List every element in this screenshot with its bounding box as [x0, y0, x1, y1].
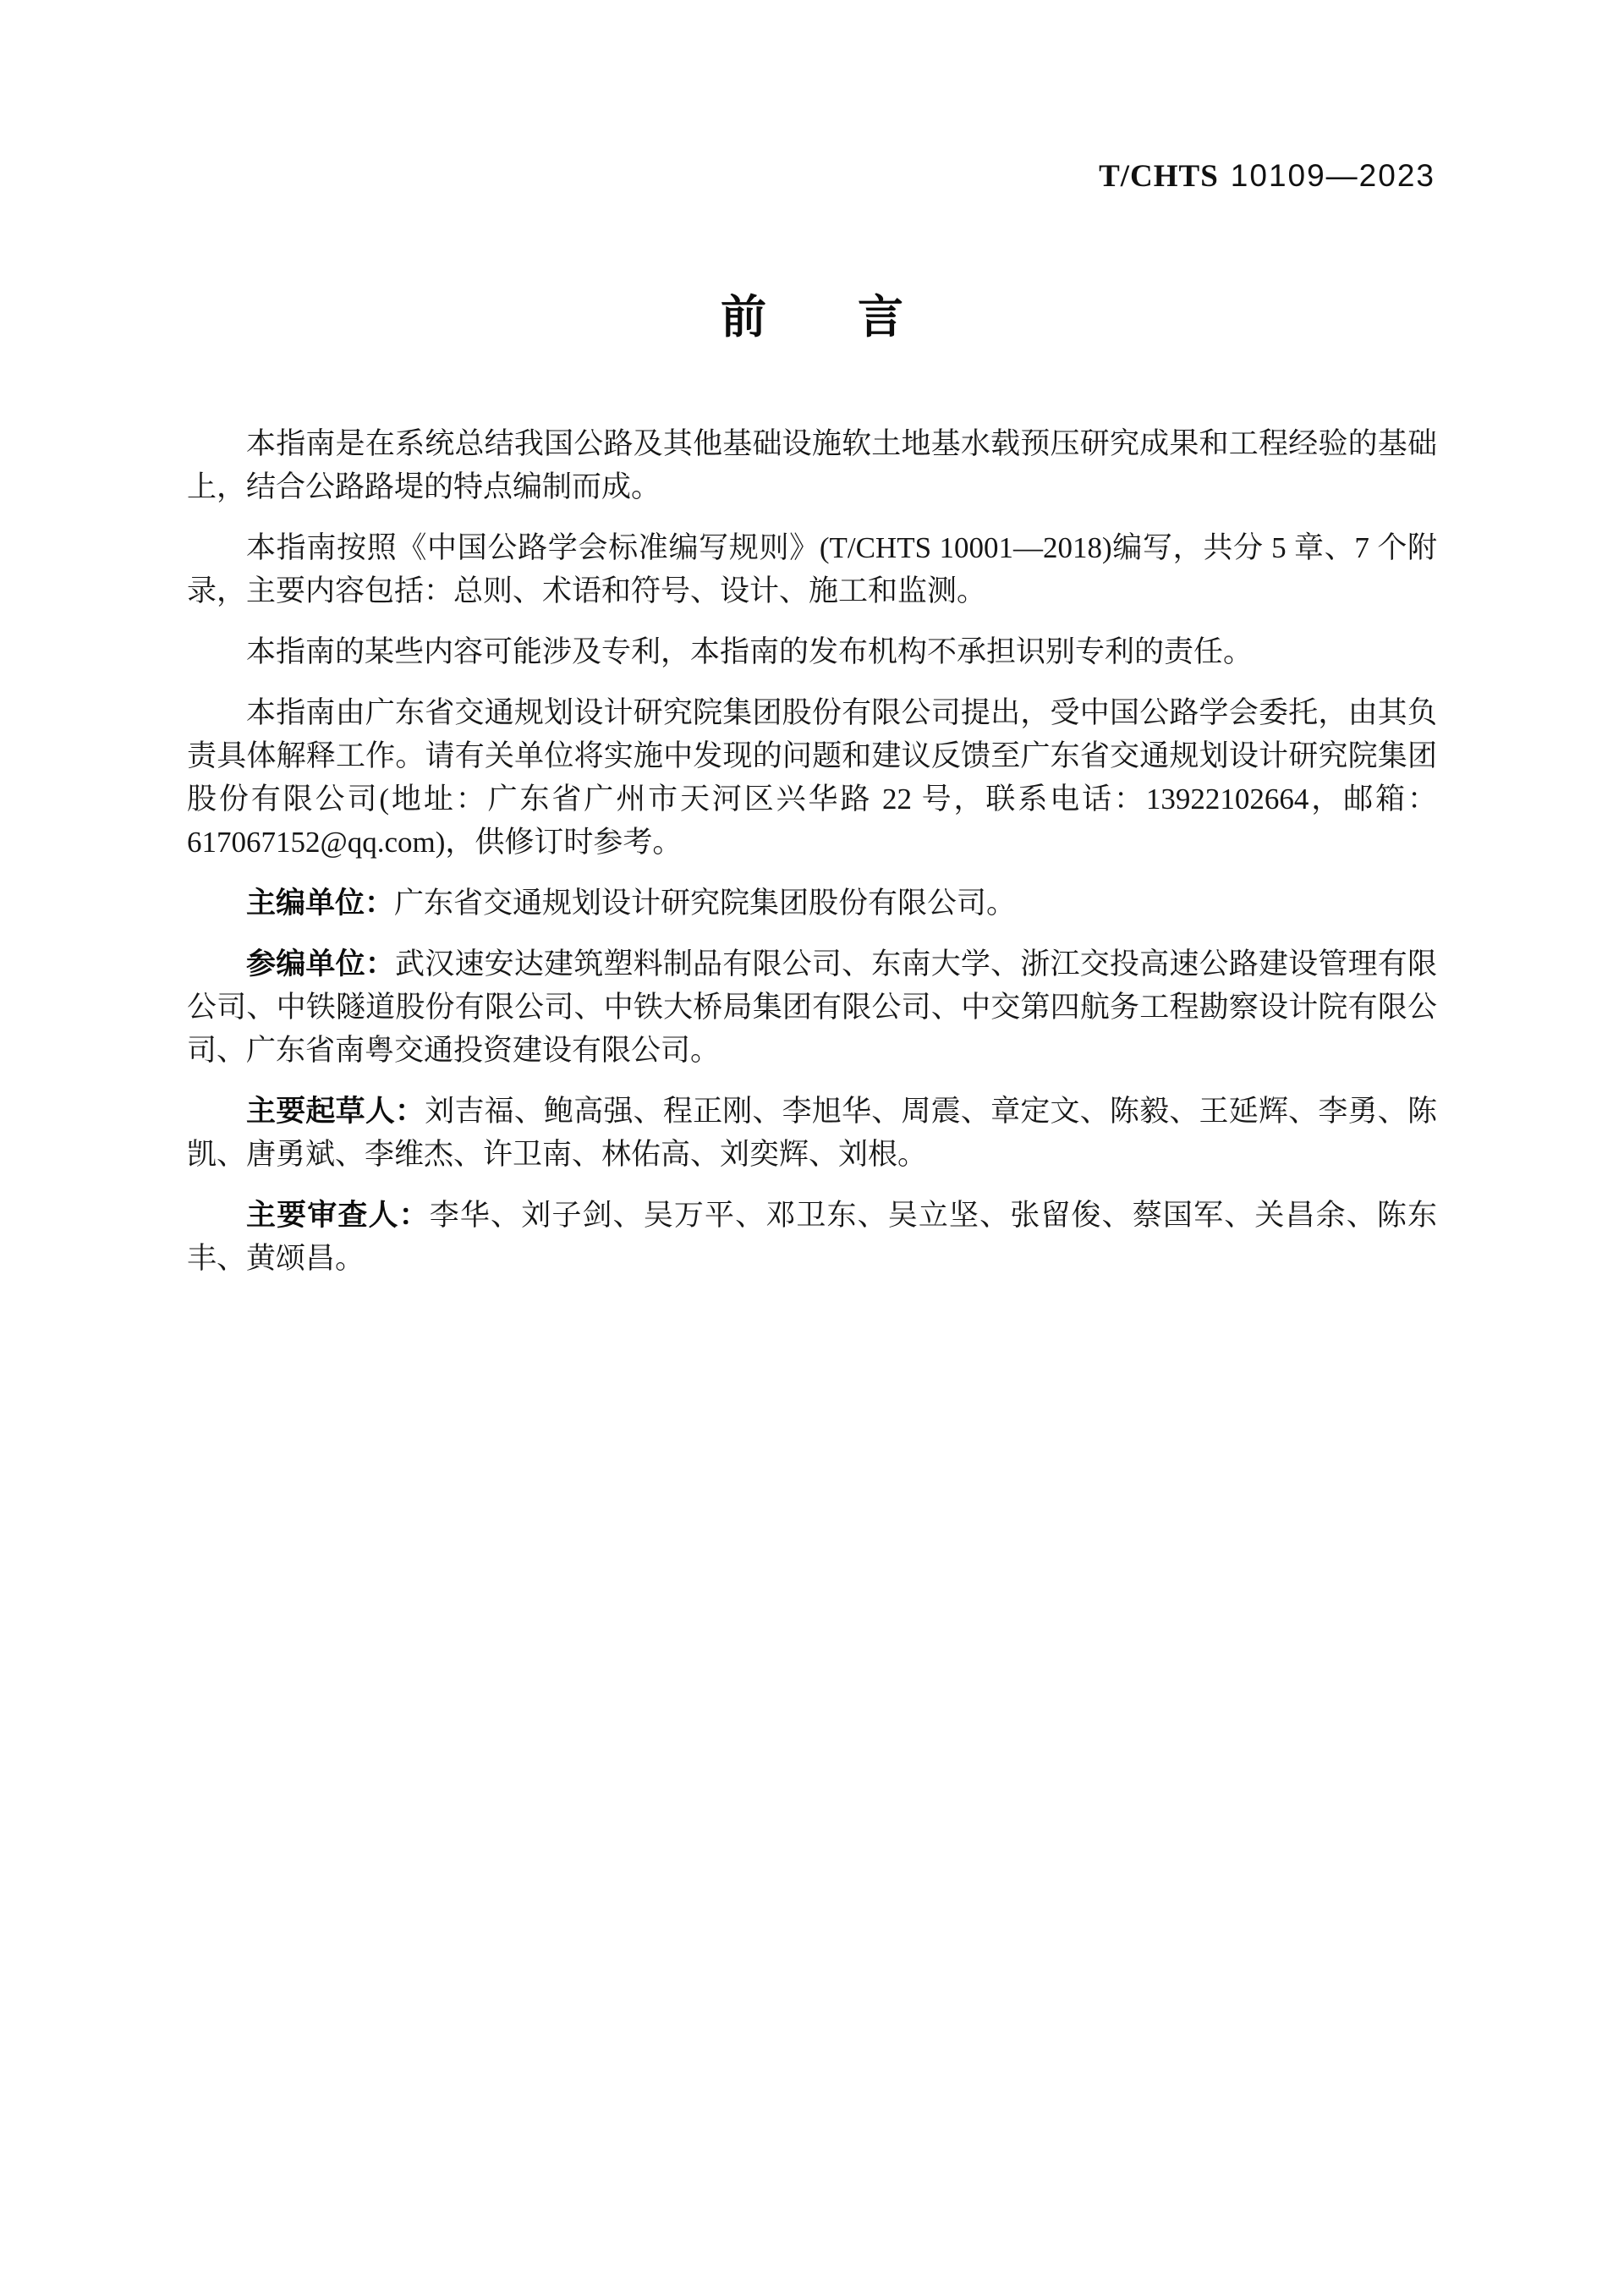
paragraph-text: 本指南是在系统总结我国公路及其他基础设施软土地基水载预压研究成果和工程经验的基础… [187, 427, 1437, 503]
paragraph-basis: 本指南是在系统总结我国公路及其他基础设施软土地基水载预压研究成果和工程经验的基础… [187, 422, 1437, 508]
paragraph-text: 本指南按照《中国公路学会标准编写规则》(T/CHTS 10001—2018)编写… [187, 531, 1437, 607]
participating-orgs-label: 参编单位： [246, 948, 395, 980]
standard-code-prefix: T/CHTS [1099, 159, 1219, 194]
paragraph-text: 本指南的某些内容可能涉及专利，本指南的发布机构不承担识别专利的责任。 [246, 635, 1253, 668]
foreword-page: T/CHTS10109—2023 前 言 本指南是在系统总结我国公路及其他基础设… [0, 0, 1624, 2296]
page-title-char-2: 言 [858, 293, 903, 342]
standard-code: T/CHTS10109—2023 [1099, 159, 1435, 194]
paragraph-chief-editor-org: 主编单位：广东省交通规划设计研究院集团股份有限公司。 [187, 882, 1437, 925]
standard-code-number: 10109—2023 [1231, 158, 1435, 193]
paragraph-structure: 本指南按照《中国公路学会标准编写规则》(T/CHTS 10001—2018)编写… [187, 526, 1437, 612]
paragraph-main-reviewers: 主要审查人：李华、刘子剑、吴万平、邓卫东、吴立坚、张留俊、蔡国军、关昌余、陈东丰… [187, 1194, 1437, 1280]
paragraph-main-drafters: 主要起草人：刘吉福、鲍高强、程正刚、李旭华、周震、章定文、陈毅、王延辉、李勇、陈… [187, 1090, 1437, 1176]
paragraph-participating-orgs: 参编单位：武汉速安达建筑塑料制品有限公司、东南大学、浙江交投高速公路建设管理有限… [187, 942, 1437, 1072]
paragraph-patent-notice: 本指南的某些内容可能涉及专利，本指南的发布机构不承担识别专利的责任。 [187, 630, 1437, 673]
foreword-body: 本指南是在系统总结我国公路及其他基础设施软土地基水载预压研究成果和工程经验的基础… [187, 422, 1437, 1298]
main-reviewers-label: 主要审查人： [246, 1199, 430, 1232]
chief-editor-org-label: 主编单位： [246, 887, 394, 920]
paragraph-feedback-contact: 本指南由广东省交通规划设计研究院集团股份有限公司提出，受中国公路学会委托，由其负… [187, 691, 1437, 864]
page-title-char-1: 前 [721, 293, 766, 342]
paragraph-text: 广东省交通规划设计研究院集团股份有限公司。 [394, 887, 1016, 920]
page-title: 前 言 [0, 293, 1624, 342]
paragraph-text: 本指南由广东省交通规划设计研究院集团股份有限公司提出，受中国公路学会委托，由其负… [187, 696, 1437, 859]
main-drafters-label: 主要起草人： [246, 1095, 425, 1128]
